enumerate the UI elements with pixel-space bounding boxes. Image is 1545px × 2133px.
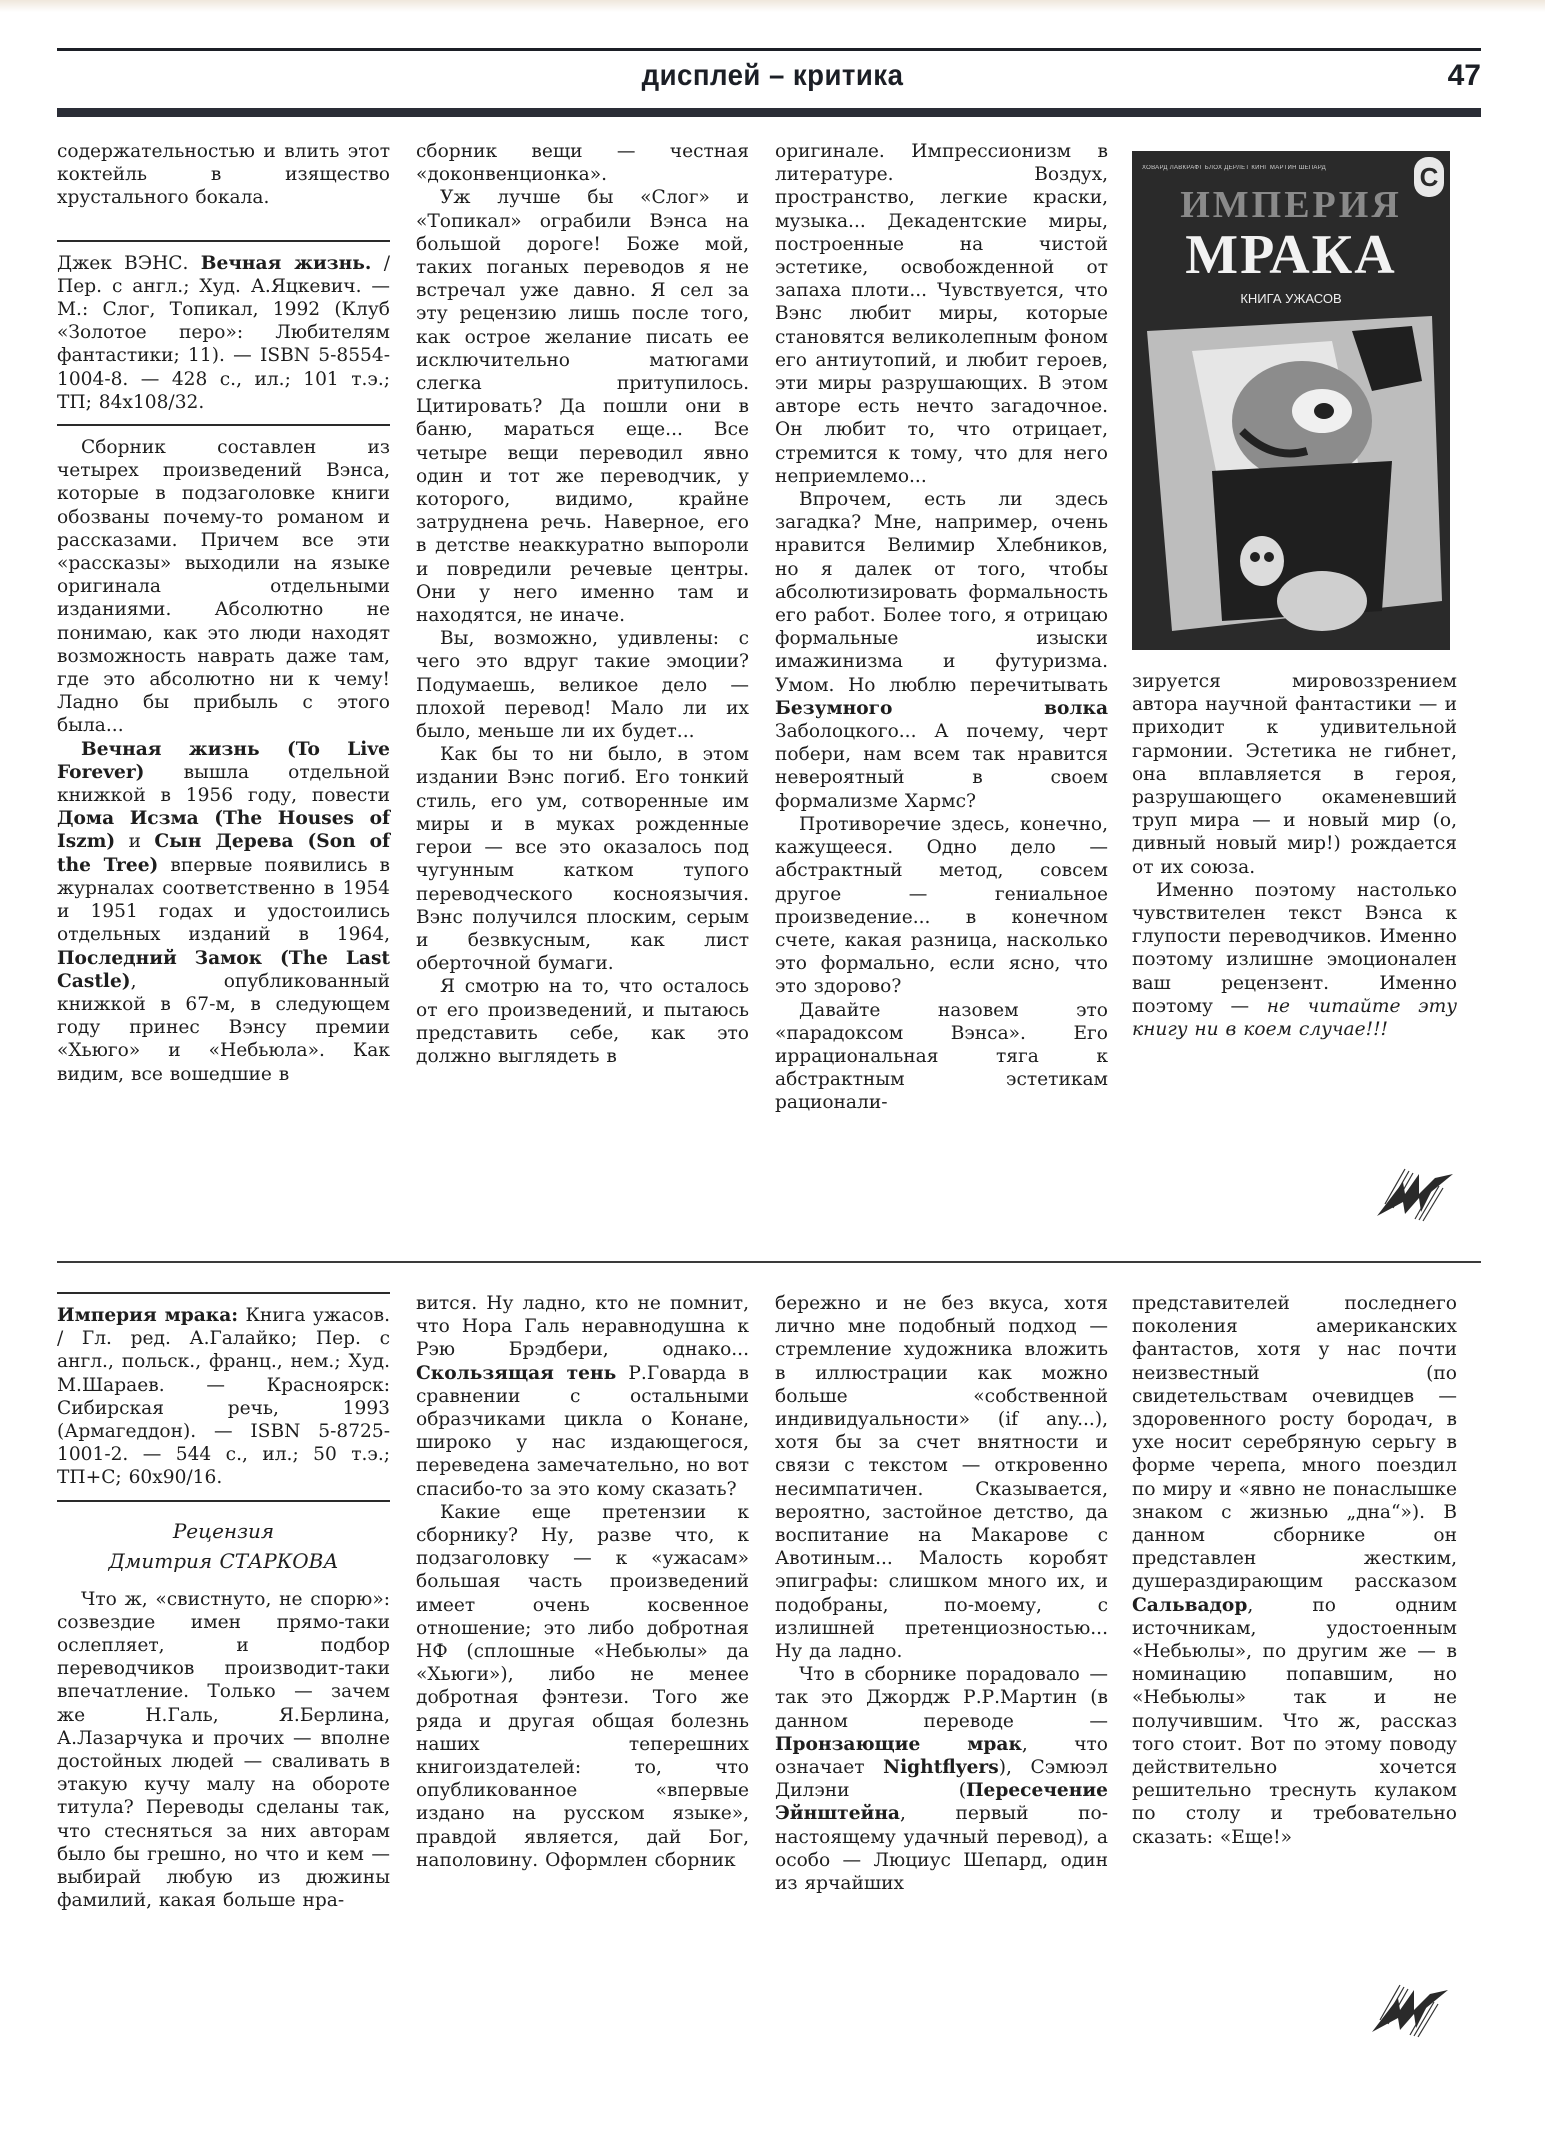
paragraph: Впрочем, есть ли здесь загадка? Мне, нап…	[775, 488, 1108, 813]
bold-title: Скользящая тень	[416, 1363, 616, 1384]
scan-edge	[0, 0, 1545, 12]
bold-title: Сальвадор	[1132, 1595, 1247, 1616]
cover-author-line: ХОВАРД ЛАВКРАФТ БЛОХ ДЕРЛЕТ КИНГ МАРТИН …	[1142, 165, 1382, 171]
paragraph: вится. Ну ладно, кто не помнит, что Нора…	[416, 1292, 749, 1501]
paragraph: Уж лучше бы «Слог» и «Топикал» ограбили …	[416, 186, 749, 627]
continuation-text: оригинале. Импрессионизм в литературе. В…	[775, 140, 1108, 488]
section-divider	[57, 1261, 1481, 1263]
review2-column-4: представителей последнего поколения амер…	[1132, 1292, 1457, 1849]
biblio-author: Джек ВЭНС.	[57, 253, 188, 274]
magazine-end-mark-icon	[1375, 1164, 1455, 1224]
cover-title-line1: ИМПЕРИЯ	[1132, 183, 1450, 227]
paragraph: Противоречие здесь, конечно, кажущееся. …	[775, 813, 1108, 999]
page-number: 47	[1415, 59, 1481, 93]
text: и	[115, 831, 154, 852]
biblio-details: Книга ужасов. / Гл. ред. А.Галайко; Пер.…	[57, 1305, 390, 1488]
biblio-bottom-rule	[57, 1500, 390, 1502]
book-cover-image: ХОВАРД ЛАВКРАФТ БЛОХ ДЕРЛЕТ КИНГ МАРТИН …	[1132, 151, 1450, 650]
cover-title-line2: МРАКА	[1132, 223, 1450, 287]
paragraph: зируется мировоззрением автора научной ф…	[1132, 670, 1457, 879]
header-bottom-bar	[57, 108, 1481, 117]
magazine-end-mark-icon	[1370, 1980, 1450, 2040]
text: вится. Ну ладно, кто не помнит, что Нора…	[416, 1293, 749, 1360]
review-byline: Рецензия Дмитрия СТАРКОВА	[57, 1516, 390, 1576]
paragraph: представителей последнего поколения амер…	[1132, 1292, 1457, 1849]
cover-subtitle: КНИГА УЖАСОВ	[1132, 291, 1450, 306]
text: Что в сборнике порадовало — так это Джор…	[775, 1664, 1108, 1731]
review1-column-4: зируется мировоззрением автора научной ф…	[1132, 670, 1457, 1041]
review2-column-1: Империя мрака: Книга ужасов. / Гл. ред. …	[57, 1283, 390, 1912]
review2-column-2: вится. Ну ладно, кто не помнит, что Нора…	[416, 1292, 749, 1872]
bibliographic-entry: Джек ВЭНС. Вечная жизнь. / Пер. с англ.;…	[57, 252, 390, 414]
byline-author: Дмитрия СТАРКОВА	[57, 1546, 390, 1576]
bold-title: Безумного волка	[775, 698, 1108, 719]
bold-title: Пронзающие мрак	[775, 1734, 1022, 1755]
paragraph: Что ж, «свистнуто, не спорю»: созвездие …	[57, 1588, 390, 1913]
paragraph: Давайте назовем это «парадоксом Вэнса». …	[775, 999, 1108, 1115]
review1-column-1: содержательностью и влить этот коктейль …	[57, 140, 390, 1086]
continuation-text: содержательностью и влить этот коктейль …	[57, 140, 390, 210]
paragraph: Какие еще претензии к сборнику? Ну, разв…	[416, 1501, 749, 1872]
text: Заболоцкого... А почему, черт побери, на…	[775, 721, 1108, 812]
continuation-text: сборник вещи — честная «доконвенционка».	[416, 140, 749, 186]
biblio-top-rule	[57, 240, 390, 242]
review2-column-3: бережно и не без вкуса, хотя лично мне п…	[775, 1292, 1108, 1895]
paragraph: Я смотрю на то, что осталось от его прои…	[416, 975, 749, 1068]
biblio-bottom-rule	[57, 424, 390, 426]
biblio-top-rule	[57, 1292, 390, 1294]
continuation-text: бережно и не без вкуса, хотя лично мне п…	[775, 1292, 1108, 1663]
biblio-title: Вечная жизнь.	[201, 253, 372, 274]
byline-label: Рецензия	[57, 1516, 390, 1546]
paragraph: Что в сборнике порадовало — так это Джор…	[775, 1663, 1108, 1895]
cover-illustration-icon	[1132, 311, 1450, 650]
text: представителей последнего поколения амер…	[1132, 1293, 1457, 1592]
section-title: дисплей – критика	[62, 59, 1483, 93]
review1-column-3: оригинале. Импрессионизм в литературе. В…	[775, 140, 1108, 1115]
review1-column-2: сборник вещи — честная «доконвенционка».…	[416, 140, 749, 1068]
header-top-rule	[57, 48, 1481, 51]
text: Впрочем, есть ли здесь загадка? Мне, нап…	[775, 489, 1108, 696]
biblio-title: Империя мрака:	[57, 1305, 238, 1326]
paragraph: Вечная жизнь (To Live Forever) вышла отд…	[57, 738, 390, 1086]
paragraph: Как бы то ни было, в этом издании Вэнс п…	[416, 743, 749, 975]
bold-title: Nightflyers	[883, 1757, 999, 1778]
text: , по одним источникам, удостоенным «Небь…	[1132, 1595, 1457, 1848]
bibliographic-entry: Империя мрака: Книга ужасов. / Гл. ред. …	[57, 1304, 390, 1490]
paragraph: Сборник составлен из четырех произведени…	[57, 436, 390, 738]
paragraph: Вы, возможно, удивлены: с чего это вдруг…	[416, 627, 749, 743]
paragraph: Именно поэтому настолько чувствителен те…	[1132, 879, 1457, 1041]
biblio-details: / Пер. с англ.; Худ. А.Яцкевич. — М.: Сл…	[57, 253, 390, 413]
